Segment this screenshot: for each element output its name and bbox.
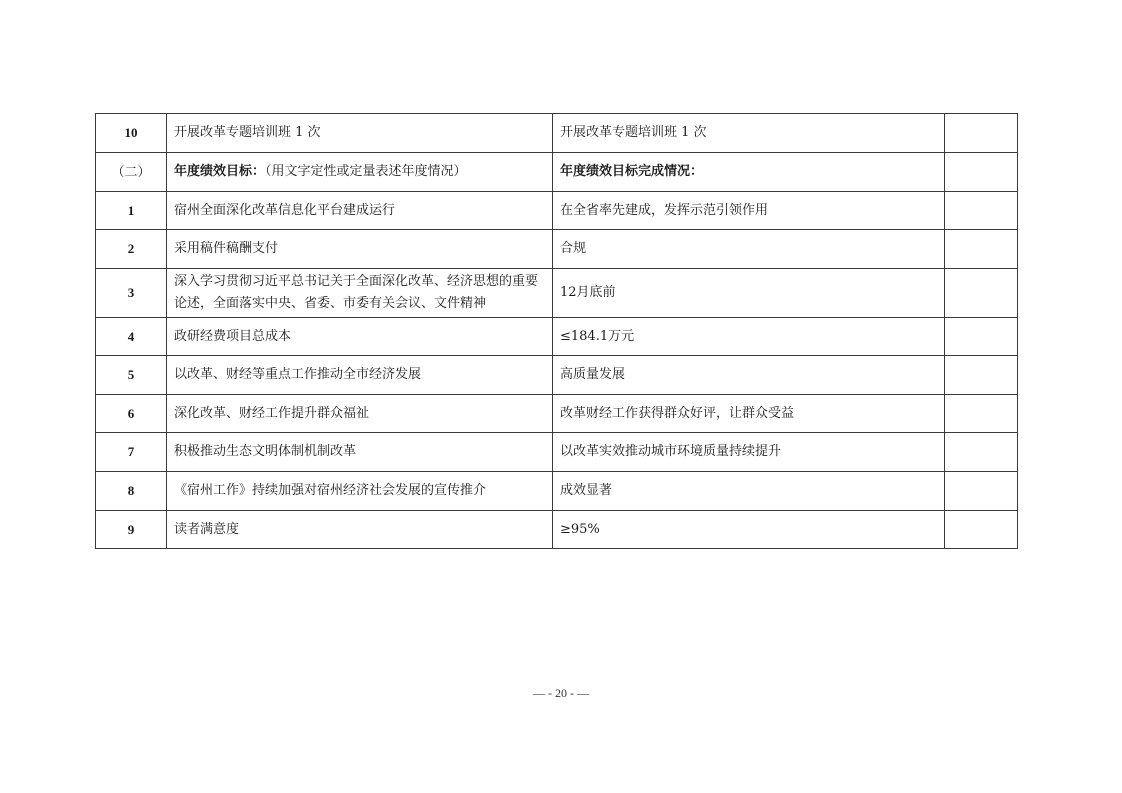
goal-description: 宿州全面深化改革信息化平台建成运行 bbox=[167, 192, 553, 230]
completion-text: 合规 bbox=[560, 241, 586, 256]
completion-text: 在全省率先建成，发挥示范引领作用 bbox=[560, 203, 768, 218]
table-row: 7积极推动生态文明体制机制改革以改革实效推动城市环境质量持续提升 bbox=[96, 433, 1018, 472]
completion-status: ≥95% bbox=[553, 511, 945, 549]
goal-description: 开展改革专题培训班 1 次 bbox=[167, 114, 553, 153]
row-number: 7 bbox=[96, 433, 167, 472]
goal-text: 宿州全面深化改革信息化平台建成运行 bbox=[174, 203, 395, 218]
goal-text: 深化改革、财经工作提升群众福祉 bbox=[174, 406, 369, 421]
goal-description: 深入学习贯彻习近平总书记关于全面深化改革、经济思想的重要论述，全面落实中央、省委… bbox=[167, 269, 553, 318]
completion-status: 12月底前 bbox=[553, 269, 945, 318]
completion-status: 开展改革专题培训班 1 次 bbox=[553, 114, 945, 153]
table-row: 6深化改革、财经工作提升群众福祉改革财经工作获得群众好评，让群众受益 bbox=[96, 395, 1018, 433]
table-row: 5以改革、财经等重点工作推动全市经济发展高质量发展 bbox=[96, 356, 1018, 395]
completion-text: 开展改革专题培训班 1 次 bbox=[560, 125, 707, 140]
completion-status: 在全省率先建成，发挥示范引领作用 bbox=[553, 192, 945, 230]
empty-cell bbox=[945, 230, 1018, 269]
goal-description: 年度绩效目标：（用文字定性或定量表述年度情况） bbox=[167, 153, 553, 192]
goal-text: （用文字定性或定量表述年度情况） bbox=[265, 164, 467, 179]
empty-cell bbox=[945, 153, 1018, 192]
goal-text: 政研经费项目总成本 bbox=[174, 329, 291, 344]
goal-text: 读者满意度 bbox=[174, 522, 239, 537]
table-row: 1宿州全面深化改革信息化平台建成运行在全省率先建成，发挥示范引领作用 bbox=[96, 192, 1018, 230]
completion-heading: 年度绩效目标完成情况： bbox=[560, 164, 703, 179]
table-row: 2采用稿件稿酬支付合规 bbox=[96, 230, 1018, 269]
completion-status: ≤184.1万元 bbox=[553, 318, 945, 356]
goal-description: 政研经费项目总成本 bbox=[167, 318, 553, 356]
goal-description: 深化改革、财经工作提升群众福祉 bbox=[167, 395, 553, 433]
goal-description: 《宿州工作》持续加强对宿州经济社会发展的宣传推介 bbox=[167, 472, 553, 511]
goal-text: 深入学习贯彻习近平总书记关于全面深化改革、经济思想的重要论述，全面落实中央、省委… bbox=[174, 274, 538, 311]
row-number: （二） bbox=[96, 153, 167, 192]
row-number: 5 bbox=[96, 356, 167, 395]
row-number: 9 bbox=[96, 511, 167, 549]
row-number: 6 bbox=[96, 395, 167, 433]
row-number: 2 bbox=[96, 230, 167, 269]
completion-text: 成效显著 bbox=[560, 483, 612, 498]
empty-cell bbox=[945, 356, 1018, 395]
empty-cell bbox=[945, 269, 1018, 318]
empty-cell bbox=[945, 395, 1018, 433]
performance-goals-table: 10开展改革专题培训班 1 次开展改革专题培训班 1 次（二）年度绩效目标：（用… bbox=[95, 113, 1018, 549]
completion-status: 成效显著 bbox=[553, 472, 945, 511]
goal-text: 《宿州工作》持续加强对宿州经济社会发展的宣传推介 bbox=[174, 483, 486, 498]
table-row: 8《宿州工作》持续加强对宿州经济社会发展的宣传推介成效显著 bbox=[96, 472, 1018, 511]
goal-description: 读者满意度 bbox=[167, 511, 553, 549]
page-number: — - 20 - — bbox=[0, 686, 1122, 701]
goal-text: 采用稿件稿酬支付 bbox=[174, 241, 278, 256]
goal-heading: 年度绩效目标： bbox=[174, 164, 265, 179]
goal-text: 以改革、财经等重点工作推动全市经济发展 bbox=[174, 367, 421, 382]
table-row: 9读者满意度≥95% bbox=[96, 511, 1018, 549]
row-number: 8 bbox=[96, 472, 167, 511]
goal-description: 采用稿件稿酬支付 bbox=[167, 230, 553, 269]
empty-cell bbox=[945, 511, 1018, 549]
completion-text: ≥95% bbox=[560, 522, 600, 537]
completion-status: 高质量发展 bbox=[553, 356, 945, 395]
completion-text: 改革财经工作获得群众好评，让群众受益 bbox=[560, 406, 794, 421]
row-number: 4 bbox=[96, 318, 167, 356]
empty-cell bbox=[945, 433, 1018, 472]
completion-text: 高质量发展 bbox=[560, 367, 625, 382]
goal-text: 开展改革专题培训班 1 次 bbox=[174, 125, 321, 140]
empty-cell bbox=[945, 472, 1018, 511]
completion-status: 改革财经工作获得群众好评，让群众受益 bbox=[553, 395, 945, 433]
completion-text: 以改革实效推动城市环境质量持续提升 bbox=[560, 444, 781, 459]
completion-status: 合规 bbox=[553, 230, 945, 269]
table-row: 4政研经费项目总成本≤184.1万元 bbox=[96, 318, 1018, 356]
completion-text: ≤184.1万元 bbox=[560, 329, 634, 344]
empty-cell bbox=[945, 192, 1018, 230]
row-number: 3 bbox=[96, 269, 167, 318]
goal-text: 积极推动生态文明体制机制改革 bbox=[174, 444, 356, 459]
row-number: 1 bbox=[96, 192, 167, 230]
section-header-row: （二）年度绩效目标：（用文字定性或定量表述年度情况）年度绩效目标完成情况： bbox=[96, 153, 1018, 192]
table-row: 10开展改革专题培训班 1 次开展改革专题培训班 1 次 bbox=[96, 114, 1018, 153]
goal-description: 积极推动生态文明体制机制改革 bbox=[167, 433, 553, 472]
empty-cell bbox=[945, 114, 1018, 153]
completion-status: 年度绩效目标完成情况： bbox=[553, 153, 945, 192]
empty-cell bbox=[945, 318, 1018, 356]
row-number: 10 bbox=[96, 114, 167, 153]
goal-description: 以改革、财经等重点工作推动全市经济发展 bbox=[167, 356, 553, 395]
completion-status: 以改革实效推动城市环境质量持续提升 bbox=[553, 433, 945, 472]
completion-text: 12月底前 bbox=[560, 285, 616, 300]
table-row: 3深入学习贯彻习近平总书记关于全面深化改革、经济思想的重要论述，全面落实中央、省… bbox=[96, 269, 1018, 318]
